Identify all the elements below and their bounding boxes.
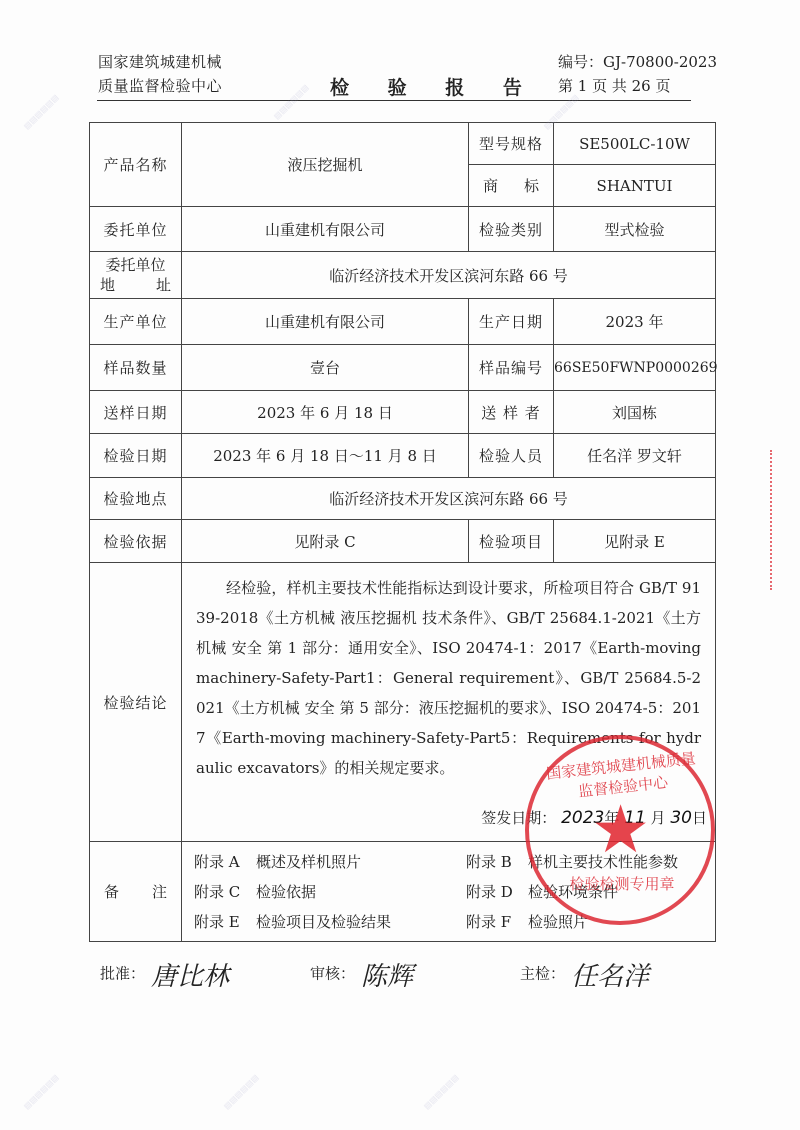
client-address-value: 临沂经济技术开发区滨河东路 66 号 [182,252,716,299]
client-value: 山重建机有限公司 [182,207,469,252]
table-row: 样品数量 壹台 样品编号 66SE50FWNP0000269 [90,345,716,391]
manufacturer-label: 生产单位 [90,299,182,345]
org-line-2: 质量监督检验中心 [98,74,222,98]
production-date-value: 2023 年 [554,299,716,345]
issue-month: 11 [624,808,646,828]
basis-value: 见附录 C [182,520,469,563]
label-char: 商 [483,175,498,196]
trademark-value: SHANTUI [554,165,716,207]
appendix-title: 检验项目及检验结果 [256,913,391,931]
label-char: 注 [152,881,167,902]
production-date-label: 生产日期 [469,299,554,345]
conclusion-label: 检验结论 [90,563,182,842]
inspection-date-label: 检验日期 [90,434,182,478]
manufacturer-value: 山重建机有限公司 [182,299,469,345]
inspectors-label: 检验人员 [469,434,554,478]
appendix-code: 附录 E [194,910,256,934]
issue-date: 签发日期： 2023年 11 月 30日 [481,803,707,833]
issue-day: 30 [670,808,692,828]
table-row: 委托单位 山重建机有限公司 检验类别 型式检验 [90,207,716,252]
report-number: 编号：GJ-70800-2023 [558,50,717,74]
report-table: 产品名称 液压挖掘机 型号规格 SE500LC-10W 商标 SHANTUI 委… [89,122,716,942]
header-divider [97,100,691,101]
appendix-code: 附录 C [194,880,256,904]
appendix-item: 附录 B样机主要技术性能参数 [466,850,716,874]
chief-signature: 任名洋 [571,962,649,992]
items-label: 检验项目 [469,520,554,563]
issue-year: 2023 [561,808,604,828]
inspection-site-value: 临沂经济技术开发区滨河东路 66 号 [182,478,716,520]
table-row: 检验日期 2023 年 6 月 18 日～11 月 8 日 检验人员 任名洋 罗… [90,434,716,478]
product-name-label: 产品名称 [90,123,182,207]
appendix-code: 附录 B [466,850,528,874]
label-char: 备 [104,881,119,902]
sample-no-value: 66SE50FWNP0000269 [554,345,716,391]
remarks-cell: 附录 A概述及样机照片 附录 B样机主要技术性能参数 附录 C检验依据 附录 D… [182,842,716,942]
appendix-code: 附录 F [466,910,528,934]
client-label: 委托单位 [90,207,182,252]
approver-signature: 批准：唐比林 [100,956,229,993]
review-label: 审核： [310,965,355,983]
appendix-title: 概述及样机照片 [256,853,361,871]
table-row: 检验结论 经检验，样机主要技术性能指标达到设计要求，所检项目符合 GB/T 91… [90,563,716,842]
table-row: 检验依据 见附录 C 检验项目 见附录 E [90,520,716,563]
appendix-title: 检验照片 [528,913,588,931]
watermark: ▤▤▤▤▤▤ [22,1020,118,1116]
approve-signature: 唐比林 [151,962,229,992]
table-row: 产品名称 液压挖掘机 型号规格 SE500LC-10W [90,123,716,165]
trademark-label: 商标 [469,165,554,207]
appendix-code: 附录 D [466,880,528,904]
appendix-code: 附录 A [194,850,256,874]
product-name-value: 液压挖掘机 [182,123,469,207]
conclusion-cell: 经检验，样机主要技术性能指标达到设计要求，所检项目符合 GB/T 9139-20… [182,563,716,842]
appendix-list: 附录 A概述及样机照片 附录 B样机主要技术性能参数 附录 C检验依据 附录 D… [194,850,715,934]
month-char: 月 [651,809,666,827]
issue-date-label: 签发日期： [481,809,556,827]
reviewer-signature: 审核：陈辉 [310,956,413,993]
sample-qty-label: 样品数量 [90,345,182,391]
appendix-title: 检验依据 [256,883,316,901]
issuing-organization: 国家建筑城建机械 质量监督检验中心 [98,50,222,98]
label-char: 址 [156,275,171,295]
sample-no-label: 样品编号 [469,345,554,391]
appendix-item: 附录 A概述及样机照片 [194,850,466,874]
appendix-item: 附录 C检验依据 [194,880,466,904]
perforation-seal-mark [770,450,777,590]
delivery-date-value: 2023 年 6 月 18 日 [182,391,469,434]
inspection-site-label: 检验地点 [90,478,182,520]
conclusion-text: 经检验，样机主要技术性能指标达到设计要求，所检项目符合 GB/T 9139-20… [196,573,701,783]
watermark: ▤▤▤▤▤▤ [422,1020,518,1116]
inspection-type-value: 型式检验 [554,207,716,252]
chief-inspector-signature: 主检：任名洋 [520,956,649,993]
inspectors-value: 任名洋 罗文轩 [554,434,716,478]
model-label: 型号规格 [469,123,554,165]
delivered-by-label: 送 样 者 [469,391,554,434]
basis-label: 检验依据 [90,520,182,563]
label-char: 标 [524,175,539,196]
delivery-date-label: 送样日期 [90,391,182,434]
client-address-label: 委托单位 地址 [90,252,182,299]
watermark: ▤▤▤▤▤▤ [222,1020,318,1116]
inspection-type-label: 检验类别 [469,207,554,252]
label-line: 委托单位 [90,255,181,275]
appendix-title: 样机主要技术性能参数 [528,853,678,871]
year-char: 年 [604,809,619,827]
report-title: 检 验 报 告 [330,73,538,100]
label-char: 地 [100,275,115,295]
org-line-1: 国家建筑城建机械 [98,50,222,74]
sample-qty-value: 壹台 [182,345,469,391]
items-value: 见附录 E [554,520,716,563]
inspection-date-value: 2023 年 6 月 18 日～11 月 8 日 [182,434,469,478]
model-value: SE500LC-10W [554,123,716,165]
delivered-by-value: 刘国栋 [554,391,716,434]
appendix-title: 检验环境条件 [528,883,618,901]
table-row: 委托单位 地址 临沂经济技术开发区滨河东路 66 号 [90,252,716,299]
remarks-label: 备注 [90,842,182,942]
appendix-item: 附录 F检验照片 [466,910,716,934]
review-signature: 陈辉 [361,962,413,992]
appendix-item: 附录 D检验环境条件 [466,880,716,904]
table-row: 检验地点 临沂经济技术开发区滨河东路 66 号 [90,478,716,520]
table-row: 备注 附录 A概述及样机照片 附录 B样机主要技术性能参数 附录 C检验依据 附… [90,842,716,942]
table-row: 送样日期 2023 年 6 月 18 日 送 样 者 刘国栋 [90,391,716,434]
approve-label: 批准： [100,965,145,983]
table-row: 生产单位 山重建机有限公司 生产日期 2023 年 [90,299,716,345]
chief-label: 主检： [520,965,565,983]
appendix-item: 附录 E检验项目及检验结果 [194,910,466,934]
day-char: 日 [692,809,707,827]
